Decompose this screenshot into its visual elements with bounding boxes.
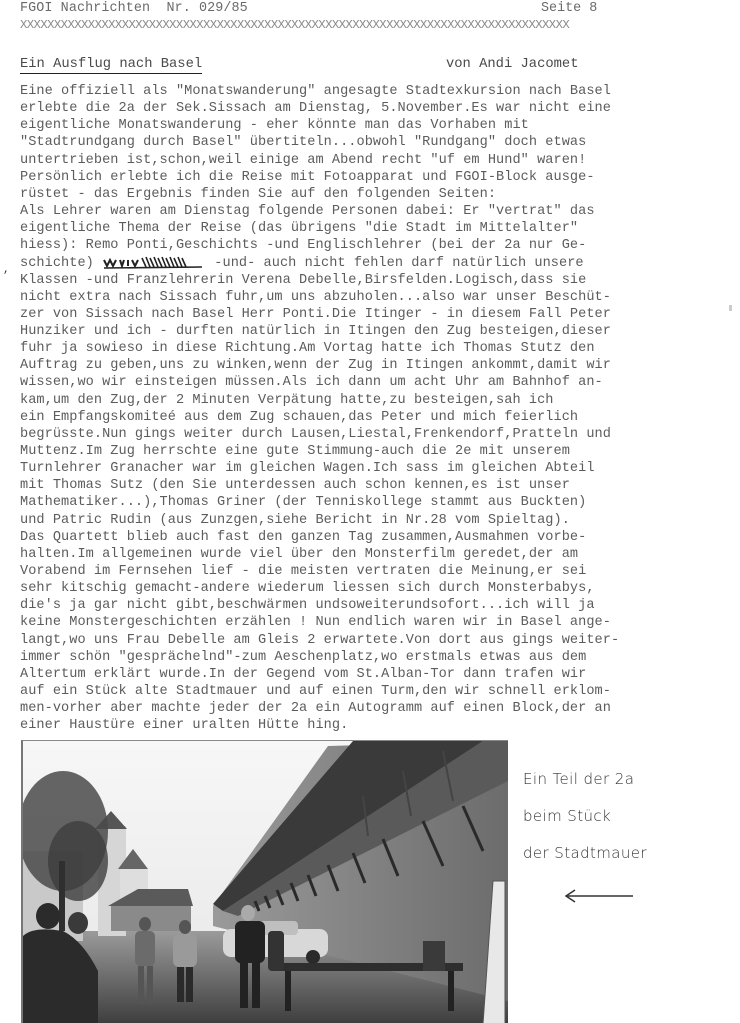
body-line: Persönlich erlebte ich die Reise mit Fot…	[20, 169, 740, 186]
caption-line: Ein Teil der 2a	[523, 770, 647, 807]
body-line: men-vorher aber machte jeder der 2a ein …	[20, 700, 740, 717]
body-line: Hunziker und ich - durften natürlich in …	[20, 323, 740, 340]
struck-out-text	[102, 254, 206, 268]
body-line: erlebte die 2a der Sek.Sissach am Dienst…	[20, 100, 740, 117]
body-line: sehr kitschig gemacht-andere wiederum li…	[20, 580, 740, 597]
newsletter-page: FGOI Nachrichten Nr. 029/85 Seite 8 XXXX…	[0, 0, 740, 1023]
photo-city-wall	[21, 740, 508, 1023]
body-line: begrüsste.Nun gings weiter durch Lausen,…	[20, 426, 740, 443]
body-line: eigentliche Thema der Reise (das übrigen…	[20, 220, 740, 237]
publication-header: FGOI Nachrichten Nr. 029/85	[20, 1, 248, 16]
body-line-with-strikeout: schichte) -und- auch nicht fehlen darf n…	[20, 254, 740, 271]
body-line: Das Quartett blieb auch fast den ganzen …	[20, 529, 740, 546]
body-line: kam,um den Zug,der 2 Minuten Verpätung h…	[20, 392, 740, 409]
caption-line: der Stadtmauer	[523, 844, 647, 881]
body-line-part: -und- auch nicht fehlen darf natürlich u…	[206, 256, 584, 271]
body-line: Auftrag zu geben,uns zu winken,wenn der …	[20, 357, 740, 374]
body-line: Klassen -und Franzlehrerin Verena Debell…	[20, 272, 740, 289]
article-title: Ein Ausflug nach Basel	[20, 57, 202, 74]
body-line: Muttenz.Im Zug herrschte eine gute Stimm…	[20, 443, 740, 460]
body-line: Vorabend im Fernsehen lief - die meisten…	[20, 563, 740, 580]
body-line: keine Monstergeschichten erzählen ! Nun …	[20, 614, 740, 631]
body-line: nicht extra nach Sissach fuhr,um uns abz…	[20, 289, 740, 306]
body-line: rüstet - das Ergebnis finden Sie auf den…	[20, 186, 740, 203]
body-line: Turnlehrer Granacher war im gleichen Wag…	[20, 460, 740, 477]
body-line: zer von Sissach nach Basel Herr Ponti.Di…	[20, 306, 740, 323]
body-line: langt,wo uns Frau Debelle am Gleis 2 erw…	[20, 632, 740, 649]
arrow-left-icon	[563, 888, 635, 904]
body-line: untertrieben ist,schon,weil einige am Ab…	[20, 152, 740, 169]
body-line: ein Empfangskomiteé aus dem Zug schauen,…	[20, 409, 740, 426]
article-author: von Andi Jacomet	[446, 57, 578, 73]
body-line: "Stadtrundgang durch Basel" übertiteln..…	[20, 134, 740, 151]
caption-line: beim Stück	[523, 807, 647, 844]
margin-mark: ,	[3, 264, 10, 276]
body-line: eigentliche Monatswanderung - eher könnt…	[20, 117, 740, 134]
body-line: Als Lehrer waren am Dienstag folgende Pe…	[20, 203, 740, 220]
body-line: mit Thomas Sutz (den Sie unterdessen auc…	[20, 477, 740, 494]
body-line: Altertum erklärt wurde.In der Gegend vom…	[20, 666, 740, 683]
body-line: hiess): Remo Ponti,Geschichts -und Engli…	[20, 237, 740, 254]
body-line: halten.Im allgemeinen wurde viel über de…	[20, 546, 740, 563]
body-line-part: schichte)	[20, 256, 102, 271]
body-line: fuhr ja sowieso in diese Richtung.Am Vor…	[20, 340, 740, 357]
body-line: wissen,wo wir einsteigen müssen.Als ich …	[20, 374, 740, 391]
body-line: auf ein Stück alte Stadtmauer und auf ei…	[20, 683, 740, 700]
body-line: Eine offiziell als "Monatswanderung" ang…	[20, 83, 740, 100]
body-line: immer schön "gesprächelnd"-zum Aeschenpl…	[20, 649, 740, 666]
body-line: einer Haustüre einer uralten Hütte hing.	[20, 717, 740, 734]
body-line: Mathematiker...),Thomas Griner (der Tenn…	[20, 494, 740, 511]
body-line: und Patric Rudin (aus Zunzgen,siehe Beri…	[20, 512, 740, 529]
handwritten-caption: Ein Teil der 2a beim Stück der Stadtmaue…	[523, 770, 647, 881]
page-number: Seite 8	[541, 1, 597, 16]
body-line: die's ja gar nicht gibt,beschwärmen unds…	[20, 597, 740, 614]
typed-separator-line: XXXXXXXXXXXXXXXXXXXXXXXXXXXXXXXXXXXXXXXX…	[20, 18, 725, 32]
article-body: Eine offiziell als "Monatswanderung" ang…	[20, 83, 740, 734]
